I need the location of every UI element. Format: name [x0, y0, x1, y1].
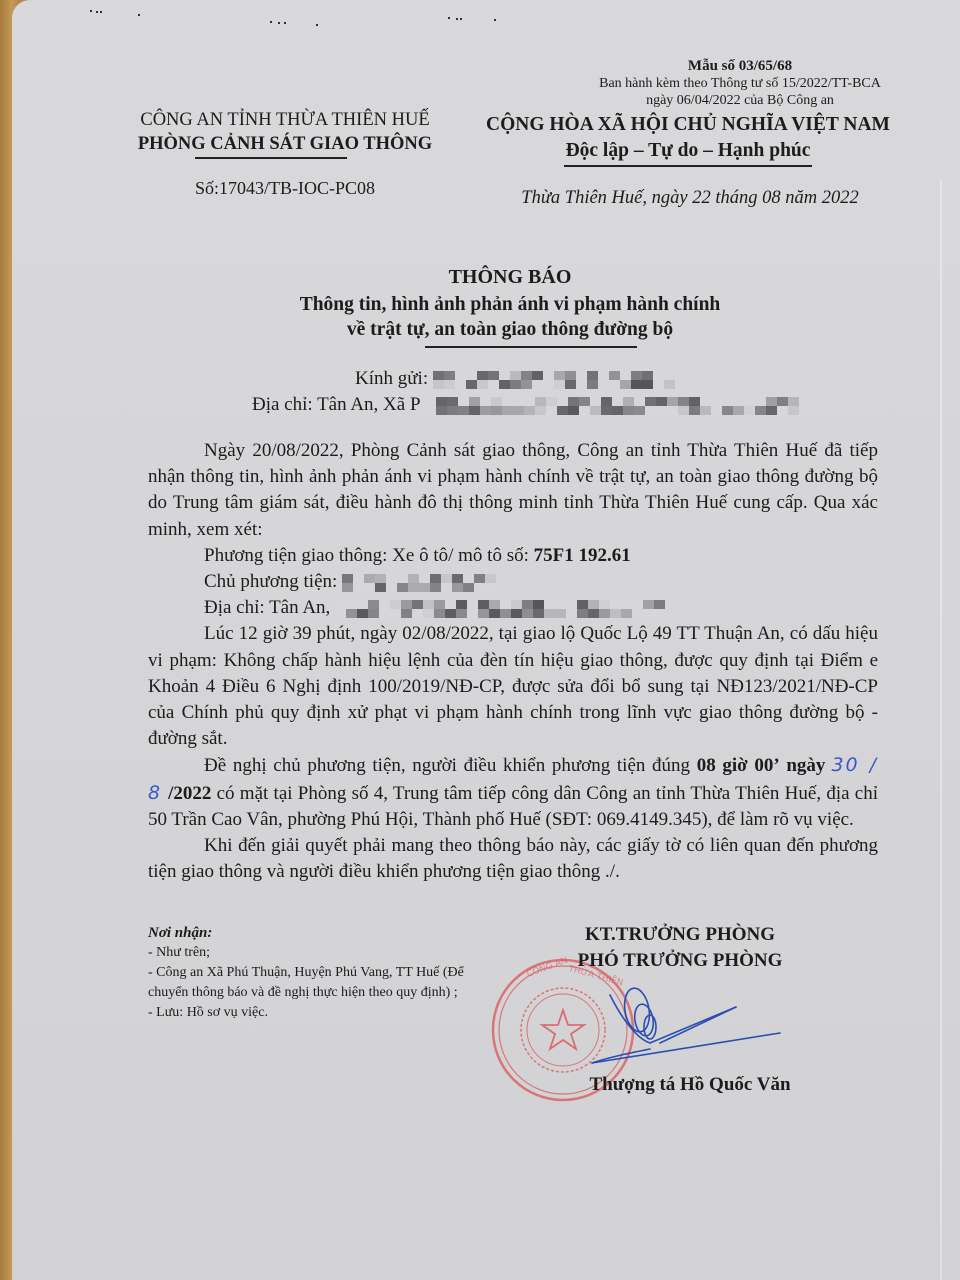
form-issued-date: ngày 06/04/2022 của Bộ Công an — [560, 92, 920, 109]
recipients-item: - Lưu: Hồ sơ vụ việc. — [148, 1003, 488, 1023]
violation-paragraph: Lúc 12 giờ 39 phút, ngày 02/08/2022, tại… — [148, 621, 878, 752]
vehicle-label: Phương tiện giao thông: Xe ô tô/ mô tô s… — [204, 545, 534, 566]
summons-paragraph: Đề nghị chủ phương tiện, người điều khiể… — [148, 752, 878, 833]
document-number: Số:17043/TB-IOC-PC08 — [100, 178, 470, 199]
owner-label: Chủ phương tiện: — [204, 571, 342, 592]
redacted-owner-address — [335, 600, 665, 618]
subtitle-line-1: Thông tin, hình ảnh phản ánh vi phạm hàn… — [200, 292, 820, 317]
signature-title-1: KT.TRƯỞNG PHÒNG — [520, 922, 840, 948]
summons-day-label: ngày — [786, 755, 825, 776]
recipients-heading: Nơi nhận: — [148, 923, 488, 943]
recipients-item: - Như trên; — [148, 943, 488, 963]
recipients-list: Nơi nhận: - Như trên; - Công an Xã Phú T… — [148, 923, 488, 1023]
national-motto: Độc lập – Tự do – Hạnh phúc — [472, 138, 904, 164]
motto-underline — [564, 165, 812, 167]
signature-block: KT.TRƯỞNG PHÒNG PHÓ TRƯỞNG PHÒNG — [520, 922, 840, 974]
agency-parent: CÔNG AN TỈNH THỪA THIÊN HUẾ — [100, 108, 470, 132]
signature-title-2: PHÓ TRƯỞNG PHÒNG — [520, 948, 840, 974]
agency-header: CÔNG AN TỈNH THỪA THIÊN HUẾ PHÒNG CẢNH S… — [100, 108, 470, 159]
form-issued-with: Ban hành kèm theo Thông tư số 15/2022/TT… — [560, 75, 920, 92]
vehicle-line: Phương tiện giao thông: Xe ô tô/ mô tô s… — [148, 543, 878, 569]
form-code: Mẫu số 03/65/68 — [560, 58, 920, 75]
agency-underline — [195, 157, 347, 159]
subtitle-line-2: về trật tự, an toàn giao thông đường bộ — [200, 317, 820, 342]
form-header: Mẫu số 03/65/68 Ban hành kèm theo Thông … — [560, 58, 920, 109]
document-subtitle: Thông tin, hình ảnh phản ánh vi phạm hàn… — [200, 292, 820, 342]
signature-icon — [580, 985, 800, 1065]
recipient-address-line: Địa chỉ: Tân An, Xã P — [252, 394, 799, 416]
closing-paragraph: Khi đến giải quyết phải mang theo thông … — [148, 833, 878, 885]
punch-marks-icon — [12, 0, 960, 30]
owner-line: Chủ phương tiện: — [148, 569, 878, 595]
recipient-address-label: Địa chỉ: Tân An, Xã P — [252, 394, 420, 415]
recipient-label: Kính gửi: — [355, 368, 433, 389]
summons-time: 08 giờ 00’ — [697, 755, 780, 776]
intro-paragraph: Ngày 20/08/2022, Phòng Cảnh sát giao thô… — [148, 438, 878, 543]
summons-pre: Đề nghị chủ phương tiện, người điều khiể… — [204, 755, 697, 776]
body-section: Ngày 20/08/2022, Phòng Cảnh sát giao thô… — [148, 438, 878, 885]
redacted-owner-name — [342, 574, 496, 592]
owner-address-line: Địa chỉ: Tân An, — [148, 595, 878, 621]
recipients-item: - Công an Xã Phú Thuận, Huyện Phú Vang, … — [148, 963, 488, 1003]
signer-name: Thượng tá Hồ Quốc Văn — [520, 1074, 860, 1096]
summons-year: /2022 — [168, 783, 211, 804]
summons-post: có mặt tại Phòng số 4, Trung tâm tiếp cô… — [148, 783, 878, 830]
owner-address-label: Địa chỉ: Tân An, — [204, 597, 335, 618]
plate-number: 75F1 192.61 — [534, 545, 631, 566]
recipient-line: Kính gửi: — [355, 368, 675, 390]
subtitle-underline — [425, 346, 637, 348]
redacted-recipient-address — [425, 397, 799, 415]
redacted-recipient-name — [433, 371, 675, 389]
national-header: CỘNG HÒA XÃ HỘI CHỦ NGHĨA VIỆT NAM Độc l… — [472, 112, 904, 167]
agency-unit: PHÒNG CẢNH SÁT GIAO THÔNG — [100, 132, 470, 156]
country-name: CỘNG HÒA XÃ HỘI CHỦ NGHĨA VIỆT NAM — [472, 112, 904, 138]
place-date: Thừa Thiên Huế, ngày 22 tháng 08 năm 202… — [480, 188, 900, 209]
document-title: THÔNG BÁO — [200, 266, 820, 289]
